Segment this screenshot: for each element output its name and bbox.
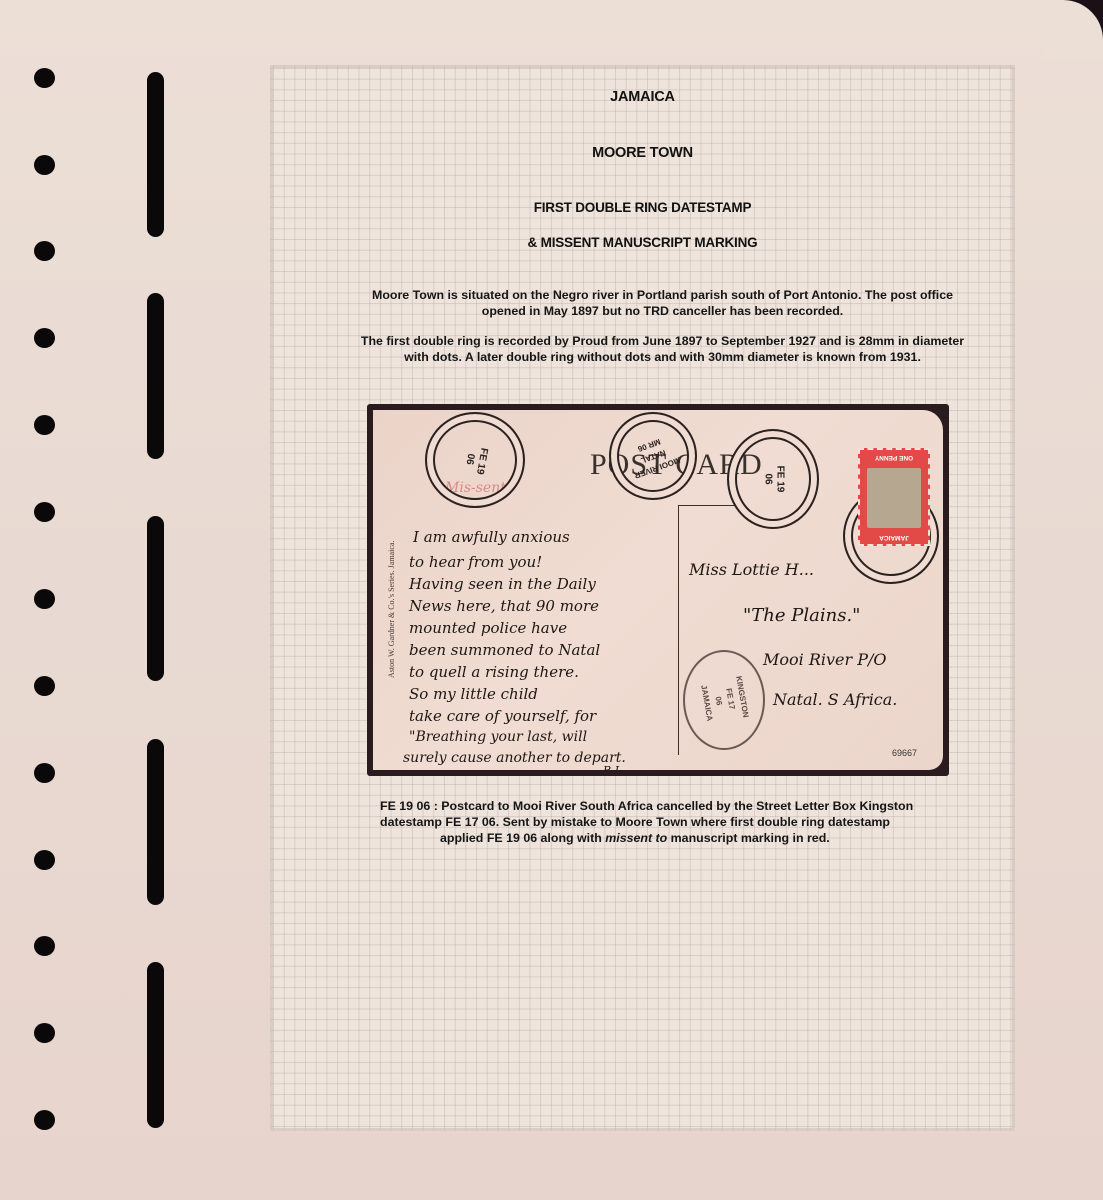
card-number: 69667 [892,748,917,758]
stamp-country: JAMAICA [860,534,928,541]
intro-line-1: Moore Town is situated on the Negro rive… [330,287,995,303]
binder-hole [34,850,55,870]
binder-slot [147,293,164,459]
intro-line-2: opened in May 1897 but no TRD canceller … [330,303,995,319]
postcard: POST CARD Aston W. Gardner & Co.'s Serie… [373,410,943,770]
postmark-moore-town-right: FE 19 06 [727,429,819,529]
page-title-town: MOORE TOWN [270,145,1015,161]
binder-hole [34,328,55,348]
binder-hole [34,589,55,609]
message-line: take care of yourself, for [409,707,596,725]
message-line: to hear from you! [409,553,542,571]
binder-slot [147,739,164,905]
message-line: mounted police have [409,619,567,637]
binder-hole [34,763,55,783]
message-line: to quell a rising there. [409,663,579,681]
publisher-imprint: Aston W. Gardner & Co.'s Series. Jamaica… [387,541,396,678]
binder-hole [34,415,55,435]
binder-slot [147,962,164,1128]
postmark-mooi-river: MOOI RIVER NATAL MR 06 [609,412,697,500]
address-line: "The Plains." [743,605,860,626]
binder-hole [34,1110,55,1130]
caption-missent-italic: missent to [605,831,667,845]
page-title-country: JAMAICA [270,89,1015,105]
detail-paragraph: The first double ring is recorded by Pro… [330,333,995,365]
message-line: surely cause another to depart. [403,750,626,766]
signature: R.L. [603,764,626,770]
address-line: Miss Lottie H... [689,560,814,579]
binder-hole [34,241,55,261]
caption-line-2: datestamp FE 17 06. Sent by mistake to M… [380,814,980,830]
detail-line-1: The first double ring is recorded by Pro… [330,333,995,349]
caption-line-3: applied FE 19 06 along with missent to m… [380,830,980,846]
binder-slot [147,516,164,681]
binder-hole [34,68,55,88]
subtitle-missent: & MISSENT MANUSCRIPT MARKING [270,235,1015,250]
message-line: News here, that 90 more [409,597,599,615]
message-line: So my little child [409,685,538,703]
intro-paragraph: Moore Town is situated on the Negro rive… [330,287,995,319]
stamp-denomination: ONE PENNY [860,454,928,461]
postcard-divider-top [678,505,738,506]
detail-line-2: with dots. A later double ring without d… [330,349,995,365]
message-line: been summoned to Natal [409,641,600,659]
stamp-vignette [867,468,921,528]
binder-hole [34,502,55,522]
subtitle-datestamp: FIRST DOUBLE RING DATESTAMP [270,200,1015,215]
caption-line-1: FE 19 06 : Postcard to Mooi River South … [380,798,980,814]
postcard-divider [678,505,679,755]
message-line: "Breathing your last, will [409,729,587,745]
stamp-one-penny: ONE PENNY JAMAICA [858,448,930,546]
postmark-moore-town-left: FE 19 06 [425,412,525,508]
message-line: I am awfully anxious [413,528,570,546]
binder-hole [34,936,55,956]
album-page: JAMAICA MOORE TOWN FIRST DOUBLE RING DAT… [0,0,1103,1200]
binder-hole [34,676,55,696]
binder-hole [34,155,55,175]
address-line: Mooi River P/O [763,650,887,669]
binder-slot [147,72,164,237]
postcard-mount: POST CARD Aston W. Gardner & Co.'s Serie… [367,404,949,776]
message-line: Having seen in the Daily [409,575,596,593]
postcard-caption: FE 19 06 : Postcard to Mooi River South … [380,798,980,846]
binder-hole [34,1023,55,1043]
postmark-kingston: KINGSTON FE 17 06 JAMAICA [683,650,765,750]
address-line: Natal. S Africa. [773,690,897,709]
